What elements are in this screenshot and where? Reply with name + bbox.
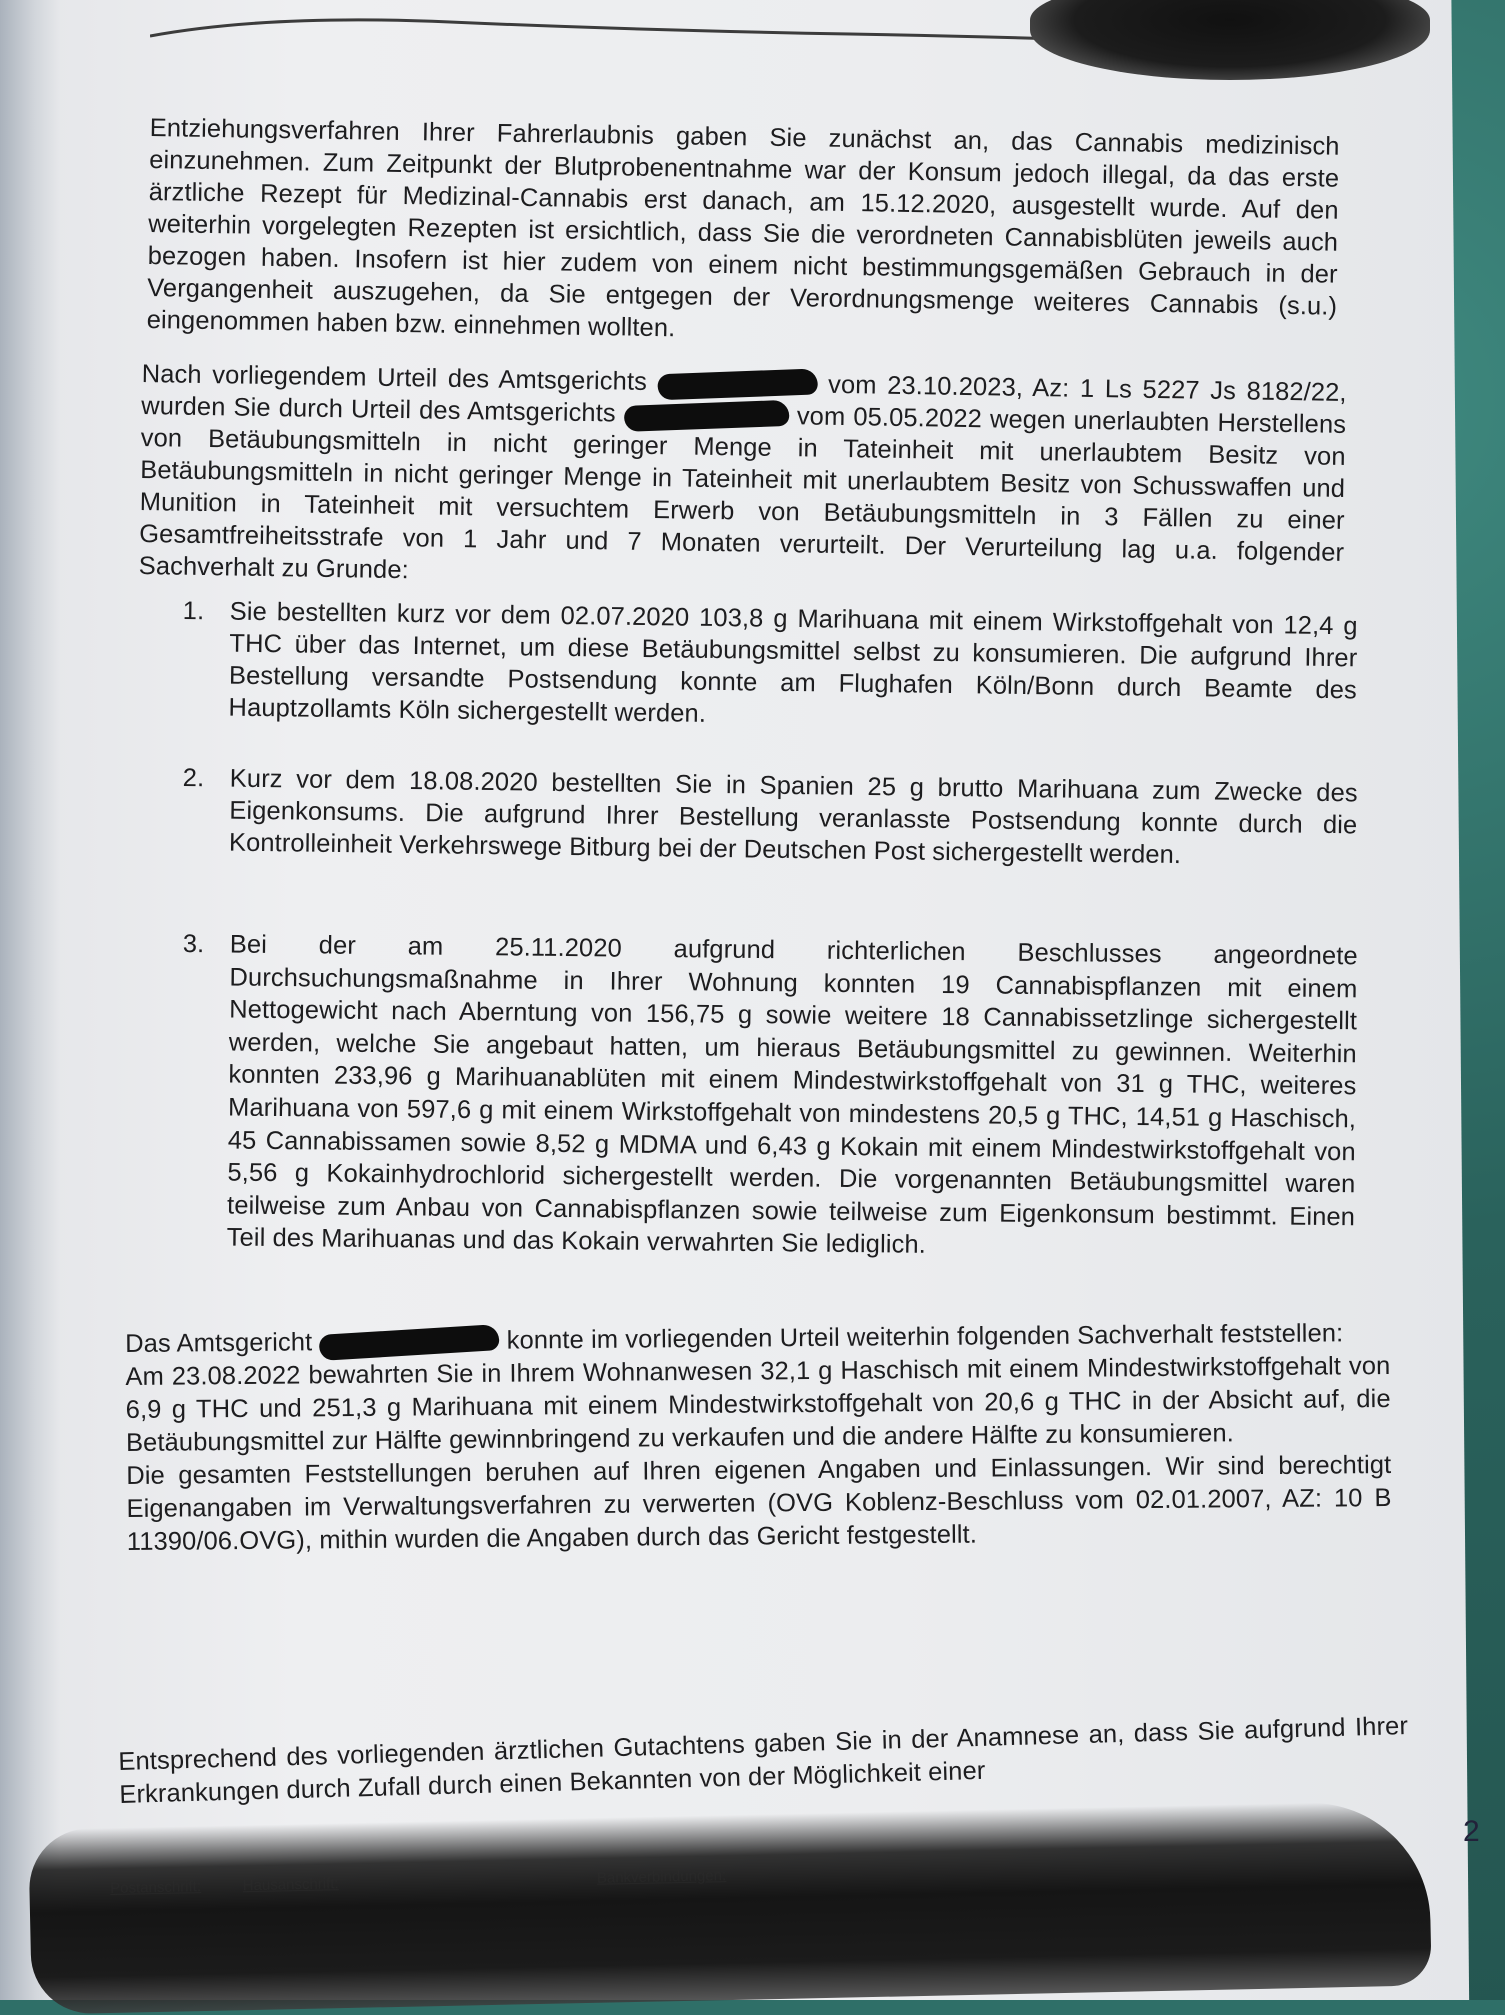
paragraph-further-findings: Das Amtsgericht konnte im vorliegenden U… — [125, 1317, 1392, 1559]
footer-label-postal: Postanschrift: — [110, 1878, 201, 1897]
paragraph-conviction-part-a: Nach vorliegendem Urteil des Amtsgericht… — [142, 359, 648, 395]
list-item: 3. Bei der am 25.11.2020 aufgrund richte… — [180, 928, 1358, 1266]
list-item-text: Sie bestellten kurz vor dem 02.07.2020 1… — [228, 596, 1358, 739]
further-findings-part-b: konnte im vorliegenden Urteil weiterhin … — [507, 1319, 1344, 1354]
list-item-text: Bei der am 25.11.2020 aufgrund richterli… — [227, 928, 1358, 1266]
footer-label-address: Hausanschrift: — [243, 1875, 339, 1894]
redacted-court-name — [623, 400, 789, 432]
further-findings-basis: Die gesamten Feststellungen beruhen auf … — [126, 1449, 1392, 1559]
redacted-court-name — [319, 1324, 500, 1361]
list-item-number: 3. — [183, 928, 205, 961]
list-item-text: Kurz vor dem 18.08.2020 bestellten Sie i… — [229, 763, 1358, 874]
paragraph-medical-report: Entsprechend des vorliegenden ärztlichen… — [118, 1709, 1409, 1811]
list-item: 2. Kurz vor dem 18.08.2020 bestellten Si… — [182, 762, 1358, 873]
list-item-number: 2. — [183, 762, 205, 794]
further-findings-facts: Am 23.08.2022 bewahrten Sie in Ihrem Woh… — [125, 1350, 1391, 1460]
footer-redaction — [28, 1800, 1432, 2000]
letter-body: Entziehungsverfahren Ihrer Fahrerlaubnis… — [0, 0, 1505, 2000]
paragraph-conviction: Nach vorliegendem Urteil des Amtsgericht… — [138, 358, 1346, 601]
redacted-court-name — [657, 368, 818, 400]
footer-label-bank: Bankverbindungen: — [597, 1867, 727, 1887]
paragraph-conviction-part-c: vom 05.05.2022 wegen unerlaubten Herstel… — [139, 402, 1347, 584]
list-item-number: 1. — [183, 595, 205, 627]
further-findings-part-a: Das Amtsgericht — [125, 1328, 312, 1358]
paragraph-intro: Entziehungsverfahren Ihrer Fahrerlaubnis… — [146, 112, 1339, 355]
page-number: 2 — [1463, 1815, 1480, 1849]
list-item: 1. Sie bestellten kurz vor dem 02.07.202… — [181, 595, 1358, 738]
